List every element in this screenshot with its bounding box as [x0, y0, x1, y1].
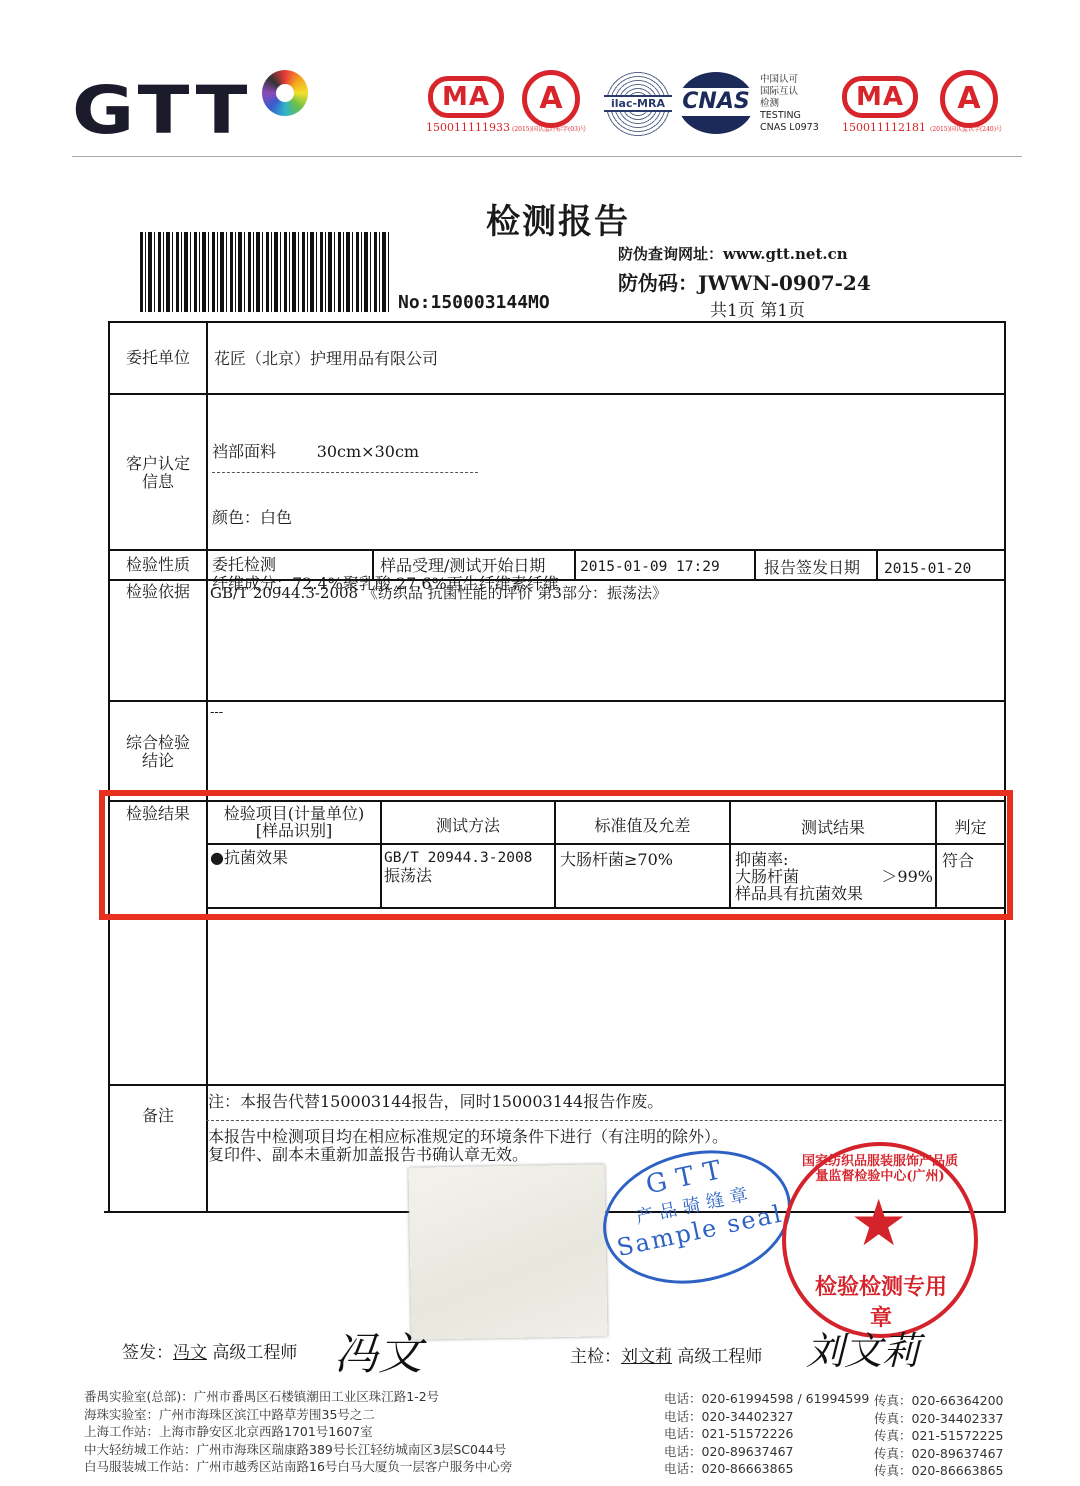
- phone-line: 电话：021-51572226: [664, 1425, 869, 1443]
- fabric-line: 裆部面料 30cm×30cm: [212, 441, 559, 463]
- sample-date-label: 样品受理/测试开始日期: [380, 556, 545, 575]
- cnas-text-line: TESTING: [760, 110, 819, 122]
- cal-mark-icon: A: [940, 70, 998, 128]
- fax-line: 传真：020-34402337: [874, 1410, 1004, 1428]
- issue-date-value: 2015-01-20: [884, 560, 971, 579]
- basis-value: GB/T 20944.3-2008 《纺织品 抗菌性能的评价 第3部分：振荡法》: [210, 584, 667, 603]
- remarks-note: 注：本报告代替150003144报告，同时150003144报告作废。: [208, 1092, 663, 1111]
- page-count: 共1页 第1页: [710, 296, 805, 321]
- cnas-label: CNAS: [676, 88, 756, 116]
- customer-info-label: 客户认定 信息: [110, 455, 206, 491]
- cnas-text: 中国认可 国际互认 检测 TESTING CNAS L0973: [760, 74, 819, 134]
- label-column-divider: [206, 321, 208, 1213]
- highlight-box: [99, 790, 1013, 920]
- conclusion-label: 综合检验 结论: [110, 734, 206, 770]
- row-divider: [108, 393, 1006, 395]
- remarks-line: 本报告中检测项目均在相应标准规定的环境条件下进行（有注明的除外）。: [208, 1128, 728, 1146]
- inspection-type-label: 检验性质: [110, 555, 206, 574]
- client-label: 委托单位: [110, 348, 206, 367]
- cnas-text-line: 中国认可: [760, 74, 819, 86]
- inspector-title: 高级工程师: [677, 1347, 762, 1367]
- conclusion-label-line: 综合检验: [110, 734, 206, 752]
- fax-line: 传真：020-66364200: [874, 1392, 1004, 1410]
- document-title: 检测报告: [486, 194, 630, 243]
- cell-divider: [876, 549, 878, 580]
- remarks-line: 复印件、副本未重新加盖报告书确认章无效。: [208, 1146, 728, 1164]
- cnas-text-line: 国际互认: [760, 86, 819, 98]
- footer-addresses: 番禺实验室(总部)：广州市番禺区石楼镇潮田工业区珠江路1-2号 海珠实验室：广州…: [84, 1388, 512, 1476]
- color-line: 颜色：白色: [212, 507, 559, 529]
- issue-date-label: 报告签发日期: [764, 558, 860, 577]
- fax-line: 传真：020-89637467: [874, 1445, 1004, 1463]
- dashed-separator: [206, 1120, 1002, 1121]
- conclusion-value: ---: [210, 703, 223, 722]
- cma-number-1: 150011111933: [426, 121, 510, 134]
- cma-number-2: 150011112181: [842, 121, 926, 134]
- footer-phones: 电话：020-61994598 / 61994599 电话：020-344023…: [664, 1390, 869, 1478]
- address-line: 番禺实验室(总部)：广州市番禺区石楼镇潮田工业区珠江路1-2号: [84, 1388, 512, 1406]
- fabric-sample-swatch: [409, 1164, 608, 1339]
- cal-note-1: (2015)国认监纤标字(03)号: [512, 124, 586, 133]
- header-divider: [72, 156, 1022, 157]
- official-red-seal: 国家纺织品服装服饰产品质量监督检验中心(广州) ★ 检验检测专用章: [782, 1142, 978, 1338]
- gtt-logo: GTT: [72, 78, 252, 144]
- cal-mark-icon: A: [522, 70, 580, 128]
- table-border: [1004, 321, 1006, 1213]
- issuer-name: 冯文: [173, 1343, 207, 1363]
- issuer-signature-block: 签发：冯文 高级工程师: [122, 1338, 297, 1363]
- anti-fake-url: 防伪查询网址：www.gtt.net.cn: [618, 243, 848, 264]
- footer-faxes: 传真：020-66364200 传真：020-34402337 传真：021-5…: [874, 1392, 1004, 1480]
- client-value: 花匠（北京）护理用品有限公司: [214, 349, 438, 368]
- star-icon: ★: [850, 1192, 907, 1256]
- fax-line: 传真：020-86663865: [874, 1462, 1004, 1480]
- row-divider: [108, 1084, 1006, 1086]
- cell-divider: [754, 549, 756, 580]
- inspector-signature-block: 主检：刘文莉 高级工程师: [570, 1342, 762, 1367]
- seal-ring-text: 国家纺织品服装服饰产品质量监督检验中心(广州): [796, 1154, 964, 1184]
- inspection-type-value: 委托检测: [212, 555, 276, 574]
- sample-date-value: 2015-01-09 17:29: [580, 558, 720, 577]
- report-number: No:150003144MO: [398, 292, 550, 313]
- customer-info-label-line: 客户认定: [110, 455, 206, 473]
- conclusion-label-line: 结论: [110, 752, 206, 770]
- address-line: 白马服装城工作站：广州市越秀区站南路16号白马大厦负一层客户服务中心旁: [84, 1458, 512, 1476]
- remarks-label: 备注: [110, 1106, 206, 1125]
- cma-mark-icon: MA: [842, 76, 918, 118]
- address-line: 海珠实验室：广州市海珠区滨江中路草芳围35号之二: [84, 1406, 512, 1424]
- phone-line: 电话：020-61994598 / 61994599: [664, 1390, 869, 1408]
- anti-fake-code: 防伪码：JWWN-0907-24: [618, 267, 871, 296]
- fax-line: 传真：021-51572225: [874, 1427, 1004, 1445]
- inspector-handwritten-signature: 刘文莉: [806, 1320, 920, 1375]
- issuer-title: 高级工程师: [212, 1343, 297, 1363]
- issuer-handwritten-signature: 冯文: [334, 1318, 422, 1382]
- dashed-separator: [212, 472, 478, 473]
- gtt-flower-icon: [262, 70, 308, 116]
- remarks-text: 本报告中检测项目均在相应标准规定的环境条件下进行（有注明的除外）。 复印件、副本…: [208, 1128, 728, 1164]
- row-divider: [108, 700, 1006, 702]
- table-border: [108, 321, 1006, 323]
- basis-label: 检验依据: [110, 582, 206, 601]
- phone-line: 电话：020-86663865: [664, 1460, 869, 1478]
- barcode-icon: [140, 232, 392, 312]
- inspector-label: 主检：: [570, 1347, 621, 1367]
- cell-divider: [574, 549, 576, 580]
- address-line: 上海工作站：上海市静安区北京西路1701号1607室: [84, 1423, 512, 1441]
- customer-info-label-line: 信息: [110, 473, 206, 491]
- cnas-text-line: CNAS L0973: [760, 122, 819, 134]
- issuer-label: 签发：: [122, 1343, 173, 1363]
- address-line: 中大轻纺城工作站：广州市海珠区瑞康路389号长江轻纺城南区3层SC044号: [84, 1441, 512, 1459]
- cma-mark-icon: MA: [428, 76, 504, 118]
- phone-line: 电话：020-34402327: [664, 1408, 869, 1426]
- cell-divider: [372, 549, 374, 580]
- cal-note-2: (2015)国认监认字(240)号: [930, 124, 1002, 133]
- phone-line: 电话：020-89637467: [664, 1443, 869, 1461]
- ilac-mra-label: ilac-MRA: [604, 95, 672, 112]
- cnas-text-line: 检测: [760, 98, 819, 110]
- inspector-name: 刘文莉: [621, 1347, 672, 1367]
